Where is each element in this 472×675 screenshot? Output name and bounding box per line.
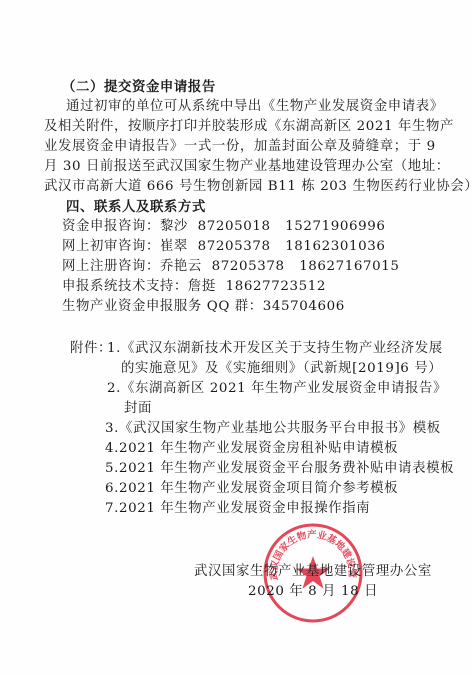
section-heading-submit: （二）提交资金申请报告 (62, 78, 216, 96)
attachment-item: 5.2021 年生物产业发展资金平台服务费补贴申请表模板 (105, 460, 454, 478)
attachment-number: 4. (105, 441, 119, 456)
contact-label: 网上初审咨询： (62, 239, 160, 254)
attachment-item-continued: 封面 (124, 400, 152, 418)
contact-row: 资金申报咨询：黎沙 87205018 15271906996 (62, 218, 386, 236)
contact-name: 崔翠 (160, 239, 188, 254)
attachment-item: 6.2021 年生物产业发展资金项目简介参考模板 (105, 480, 398, 498)
attachment-title: 《东湖高新区 2021 年生物产业发展资金申请报告》 (121, 381, 447, 396)
contact-phone: 18627723512 (226, 279, 326, 294)
contact-row: 网上注册咨询：乔艳云 87205378 18627167015 (62, 258, 400, 276)
contact-phone: 87205378 (212, 259, 285, 274)
paragraph-line: 及相关附件，按顺序打印并胶装形成《东湖高新区 2021 年生物产 (44, 118, 454, 136)
attachment-item: 1.《武汉东湖新技术开发区关于支持生物产业经济发展 (107, 340, 443, 358)
document-page: （二）提交资金申请报告 通过初审的单位可从系统中导出《生物产业发展资金申请表》 … (0, 0, 472, 675)
attachment-number: 2. (107, 381, 121, 396)
paragraph-line: 武汉市高新大道 666 号生物创新园 B11 栋 203 生物医药行业协会）。 (44, 178, 472, 196)
attachment-number: 1. (107, 341, 121, 356)
attachment-title: 2021 年生物产业发展资金房租补贴申请模板 (119, 441, 398, 456)
signature-organization: 武汉国家生物产业基地建设管理办公室 (194, 563, 432, 581)
paragraph-line: 月 30 日前报送至武汉国家生物产业基地建设管理办公室（地址： (44, 158, 450, 176)
attachment-number: 3. (105, 421, 119, 436)
attachment-item: 2.《东湖高新区 2021 年生物产业发展资金申请报告》 (107, 380, 447, 398)
contact-name: 乔艳云 (160, 259, 202, 274)
attachment-number: 5. (105, 461, 119, 476)
contact-row: 生物产业资金申报服务 QQ 群：345704606 (62, 298, 345, 316)
contact-row: 申报系统技术支持：詹挺 18627723512 (62, 278, 326, 296)
contact-label: 资金申报咨询： (62, 219, 160, 234)
paragraph-line: 业发展资金申请报告》一式一份，加盖封面公章及骑缝章；于 9 (44, 138, 436, 156)
contact-mobile: 15271906996 (285, 219, 385, 234)
attachment-number: 7. (105, 501, 119, 516)
contact-label: 申报系统技术支持： (62, 279, 188, 294)
contact-qq: 345704606 (263, 299, 345, 314)
attachment-title: 《武汉国家生物产业基地公共服务平台申报书》模板 (119, 421, 441, 436)
contact-phone: 87205018 (198, 219, 271, 234)
attachment-title: 2021 年生物产业发展资金平台服务费补贴申请表模板 (119, 461, 454, 476)
attachment-number: 6. (105, 481, 119, 496)
attachment-title: 2021 年生物产业发展资金项目简介参考模板 (119, 481, 398, 496)
attachment-title: 2021 年生物产业发展资金申报操作指南 (119, 501, 370, 516)
signature-date: 2020 年 8 月 18 日 (248, 583, 378, 601)
attachment-title: 《武汉东湖新技术开发区关于支持生物产业经济发展 (121, 341, 443, 356)
section-heading-contacts: 四、联系人及联系方式 (66, 198, 206, 216)
contact-row: 网上初审咨询：崔翠 87205378 18162301036 (62, 238, 386, 256)
contact-name: 黎沙 (160, 219, 188, 234)
attachment-item: 4.2021 年生物产业发展资金房租补贴申请模板 (105, 440, 398, 458)
contact-label: 网上注册咨询： (62, 259, 160, 274)
contact-phone: 87205378 (198, 239, 271, 254)
contact-name: 詹挺 (188, 279, 216, 294)
attachment-item: 7.2021 年生物产业发展资金申报操作指南 (105, 500, 370, 518)
contact-mobile: 18162301036 (285, 239, 385, 254)
contact-label: 生物产业资金申报服务 QQ 群： (62, 299, 263, 314)
paragraph-line: 通过初审的单位可从系统中导出《生物产业发展资金申请表》 (66, 98, 444, 116)
contact-mobile: 18627167015 (299, 259, 399, 274)
attachment-item-continued: 的实施意见》及《实施细则》（武新规[2019]6 号） (121, 360, 442, 378)
attachments-label: 附件： (70, 340, 112, 358)
attachment-item: 3.《武汉国家生物产业基地公共服务平台申报书》模板 (105, 420, 441, 438)
